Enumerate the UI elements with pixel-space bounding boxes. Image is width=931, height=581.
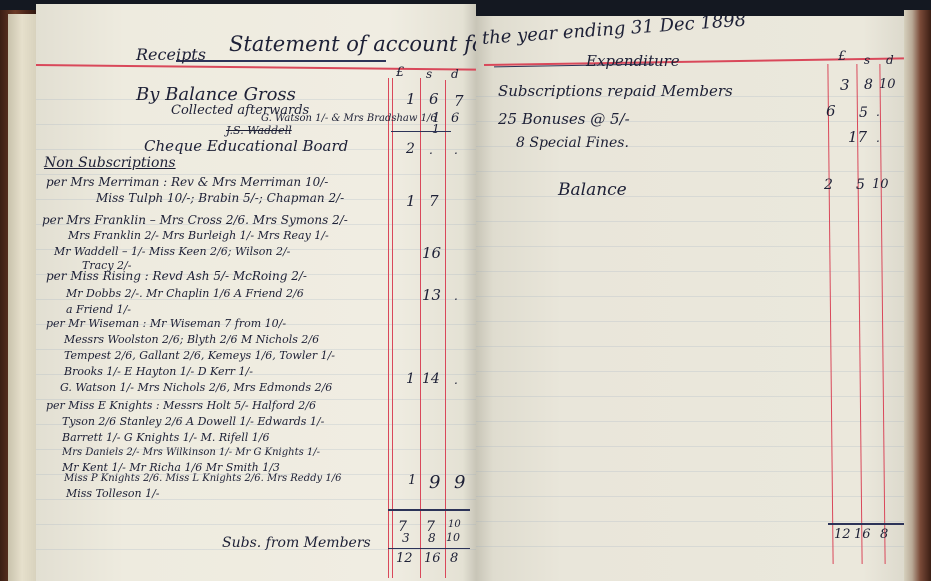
pence-column-rule <box>445 80 446 578</box>
pounds-header: £ <box>838 50 846 63</box>
pounds-column-rule <box>388 78 389 578</box>
page-edges-right <box>904 10 931 581</box>
subtotal-label: Subs. from Members <box>222 536 371 550</box>
ledger-page-receipts: Statement of account for Receipts £ s d … <box>36 4 476 581</box>
ledger-page-expenditure: the year ending 31 Dec 1898 Expenditure … <box>476 16 906 581</box>
statement-title: Statement of account for <box>229 34 476 55</box>
pounds-header: £ <box>396 66 404 79</box>
receipts-heading: Receipts <box>136 47 206 63</box>
pence-header: d <box>451 68 459 80</box>
header-rule <box>36 64 476 71</box>
pounds-column-rule <box>827 64 833 564</box>
shillings-header: s <box>426 68 432 80</box>
pounds-column-rule-2 <box>392 78 393 578</box>
expenditure-heading: Expenditure <box>586 54 680 69</box>
title-underline <box>176 60 386 62</box>
pence-column-rule <box>879 64 885 564</box>
pence-header: d <box>886 54 894 66</box>
shillings-header: s <box>864 54 870 66</box>
statement-title-continued: the year ending 31 Dec 1898 <box>481 16 746 48</box>
page-edges-left <box>8 14 36 581</box>
shillings-column-rule <box>420 78 421 578</box>
